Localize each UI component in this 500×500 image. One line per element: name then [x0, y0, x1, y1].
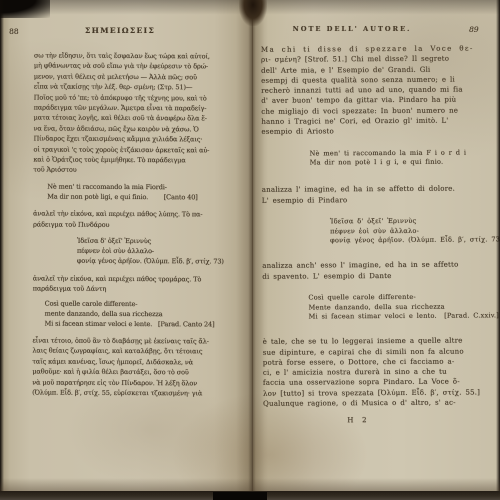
ariosto-quote-right: Nè men' ti raccomando la mia F i o r d i… — [309, 148, 499, 169]
ink-blot-top — [239, 0, 267, 26]
signature-mark: H 2 — [263, 415, 453, 426]
gutter-line — [252, 0, 253, 491]
photo-right-edge — [496, 0, 500, 500]
greek-paragraph-4: εἶναι τέτοιο, ὁποῦ ἂν τὸ διαβάσῃς μὲ ἐκε… — [32, 335, 247, 399]
italian-lead-line: Ma chi ti disse di spezzare la Voce θε- — [261, 43, 499, 55]
greek-paragraph-2: ἀναλεῖ τὴν εἰκόνα, καὶ περιέχει πάθος λύ… — [33, 209, 248, 231]
italian-paragraph-3: analizza anch' esso l' imagine, ed ha in… — [262, 260, 500, 282]
pindar-quote-left: Ἰδεῖσα δ' ὀξεῖ' Ἐριννὺς πέφνεν ἑοὶ σὺν ἀ… — [77, 237, 248, 267]
greek-paragraph-1: σω τὴν εἴδησιν, ὅτι ταὶς ἔσφαλαν ἕως τώρ… — [33, 50, 249, 176]
right-running-header: NOTE DELL' AUTORE. — [262, 25, 442, 33]
book-photo: 88 ΣΗΜΕΙΩΣΕΙΣ NOTE DELL' AUTORE. 89 σω τ… — [0, 0, 500, 500]
pindar-quote-right: Ἰδεῖσα δ' ὀξεῖ' Ἐριννὺς πέφνεν ἑοὶ σὺν ἀ… — [330, 216, 500, 246]
italian-paragraph-4: è tale, che se tu lo leggerai insieme a … — [263, 336, 500, 410]
right-page-body: Ma chi ti disse di spezzare la Voce θε- … — [261, 43, 500, 426]
photo-left-edge — [0, 0, 4, 491]
dante-quote-right: Così quelle carole differente- Mente dan… — [308, 292, 500, 323]
binding-notch — [213, 492, 267, 500]
dante-quote-left: Così quelle carole differente- mente dan… — [44, 300, 247, 330]
left-running-header: ΣΗΜΕΙΩΣΕΙΣ — [20, 26, 220, 35]
page-bottom-shadow — [0, 478, 500, 491]
page-number-right: 89 — [469, 25, 479, 34]
ariosto-quote-left: Nè men' ti raccomando la mia Fiordi- Ma … — [47, 182, 248, 203]
corner-shadow-top-left — [0, 0, 50, 18]
italian-paragraph-2: analizza l' imagine, ed ha in se affetto… — [262, 184, 500, 206]
page-number-left: 88 — [9, 27, 19, 36]
italian-paragraph-1: ρι- σμένη? [Strof. 51.] Chi mel disse? I… — [261, 54, 499, 138]
greek-paragraph-3: ἀναλεῖ τὴν εἰκόνα, καὶ περιέχει πάθος τρ… — [33, 273, 248, 295]
left-page-body: σω τὴν εἴδησιν, ὅτι ταὶς ἔσφαλαν ἕως τώρ… — [32, 50, 249, 398]
